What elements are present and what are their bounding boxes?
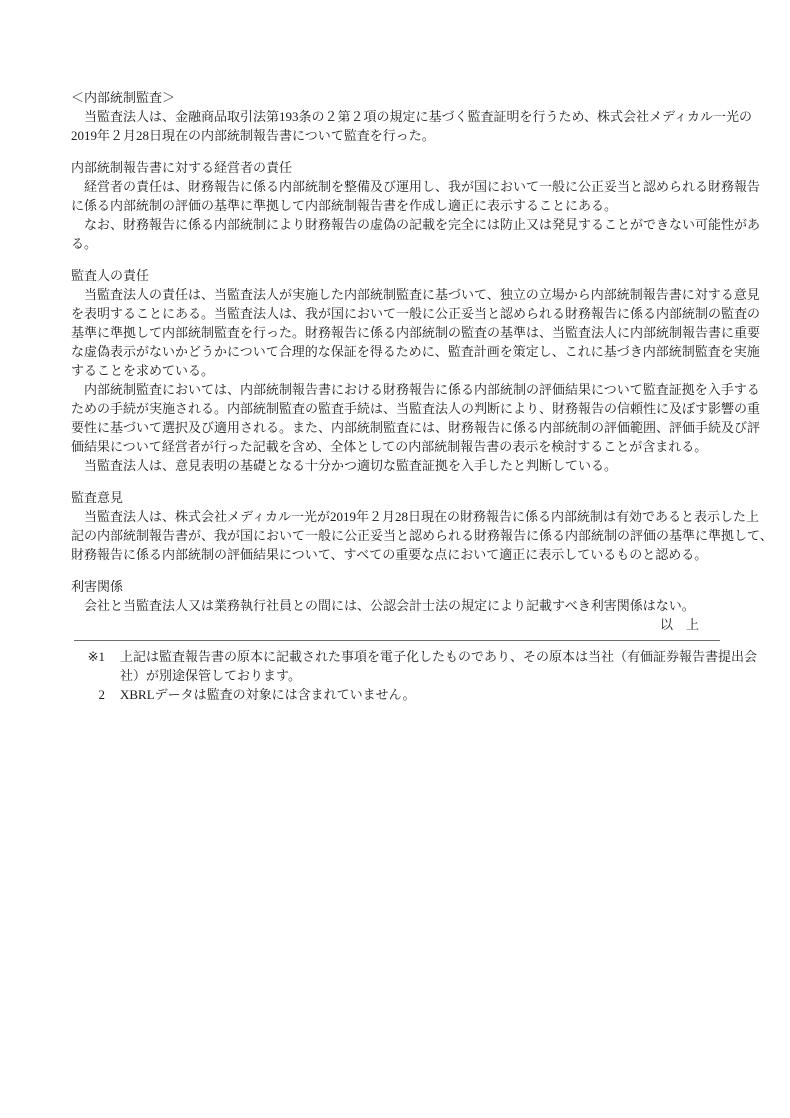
text-line: 当監査法人は、金融商品取引法第193条の２第２項の規定に基づく監査証明を行うため… [71,107,721,126]
footnote-row: ※1上記は監査報告書の原本に記載された事項を電子化したものであり、その原本は当社… [85,647,721,685]
section-heading: 内部統制報告書に対する経営者の責任 [71,158,721,177]
report-sections: ＜内部統制監査＞ 当監査法人は、金融商品取引法第193条の２第２項の規定に基づく… [71,88,721,615]
footnote-text: 上記は監査報告書の原本に記載された事項を電子化したものであり、その原本は当社（有… [120,647,757,685]
text-line: 基準に準拠して内部統制監査を行った。財務報告に係る内部統制の監査の基準は、当監査… [71,323,721,342]
text-line: 財務報告に係る内部統制の評価結果について、すべての重要な点において適正に表示して… [71,545,721,564]
text-line: 経営者の責任は、財務報告に係る内部統制を整備及び運用し、我が国において一般に公正… [71,177,721,196]
footnote-marker: ※1 [85,647,120,666]
section-heading: 利害関係 [71,577,721,596]
text-line: な虚偽表示がないかどうかについて合理的な保証を得るために、監査計画を策定し、これ… [71,342,721,361]
text-line: ための手続が実施される。内部統制監査の監査手続は、当監査法人の判断により、財務報… [71,399,721,418]
internal-control-audit-document: ＜内部統制監査＞ 当監査法人は、金融商品取引法第193条の２第２項の規定に基づく… [71,88,721,704]
text-line: 要性に基づいて選択及び適用される。また、内部統制監査には、財務報告に係る内部統制… [71,418,721,437]
footnote-line: 社）が別途保管しております。 [120,666,757,685]
closing-mark: 以 上 [71,615,721,634]
report-section: 内部統制報告書に対する経営者の責任 経営者の責任は、財務報告に係る内部統制を整備… [71,158,721,253]
text-line: 当監査法人は、意見表明の基礎となる十分かつ適切な監査証拠を入手したと判断している… [71,456,721,475]
section-heading: 監査人の責任 [71,266,721,285]
text-line: を表明することにある。当監査法人は、我が国において一般に公正妥当と認められる財務… [71,304,721,323]
footnote-marker: 2 [85,685,120,704]
audit-report-page: ＜内部統制監査＞ 当監査法人は、金融商品取引法第193条の２第２項の規定に基づく… [0,0,790,1118]
report-section: ＜内部統制監査＞ 当監査法人は、金融商品取引法第193条の２第２項の規定に基づく… [71,88,721,145]
text-line: なお、財務報告に係る内部統制により財務報告の虚偽の記載を完全には防止又は発見する… [71,215,721,234]
footnote-line: 上記は監査報告書の原本に記載された事項を電子化したものであり、その原本は当社（有… [120,647,757,666]
text-line: 当監査法人の責任は、当監査法人が実施した内部統制監査に基づいて、独立の立場から内… [71,285,721,304]
footnote-text: XBRLデータは監査の対象には含まれていません。 [120,685,721,704]
text-line: 当監査法人は、株式会社メディカル一光が2019年２月28日現在の財務報告に係る内… [71,507,721,526]
text-line: 内部統制監査においては、内部統制報告書における財務報告に係る内部統制の評価結果に… [71,380,721,399]
footnote-line: XBRLデータは監査の対象には含まれていません。 [120,685,721,704]
section-heading: ＜内部統制監査＞ [71,88,721,107]
footnotes: ※1上記は監査報告書の原本に記載された事項を電子化したものであり、その原本は当社… [85,647,721,704]
text-line: 会社と当監査法人又は業務執行社員との間には、公認会計士法の規定により記載すべき利… [71,596,721,615]
section-heading: 監査意見 [71,488,721,507]
report-section: 監査意見 当監査法人は、株式会社メディカル一光が2019年２月28日現在の財務報… [71,488,721,564]
text-line: 記の内部統制報告書が、我が国において一般に公正妥当と認められる財務報告に係る内部… [71,526,721,545]
report-section: 監査人の責任 当監査法人の責任は、当監査法人が実施した内部統制監査に基づいて、独… [71,266,721,475]
text-line: することを求めている。 [71,361,721,380]
text-line: 2019年２月28日現在の内部統制報告書について監査を行った。 [71,126,721,145]
footnote-divider [74,640,720,641]
report-section: 利害関係 会社と当監査法人又は業務執行社員との間には、公認会計士法の規定により記… [71,577,721,615]
text-line: 価結果について経営者が行った記載を含め、全体としての内部統制報告書の表示を検討す… [71,437,721,456]
text-line: に係る内部統制の評価の基準に準拠して内部統制報告書を作成し適正に表示することにあ… [71,196,721,215]
footnote-row: 2XBRLデータは監査の対象には含まれていません。 [85,685,721,704]
text-line: る。 [71,234,721,253]
